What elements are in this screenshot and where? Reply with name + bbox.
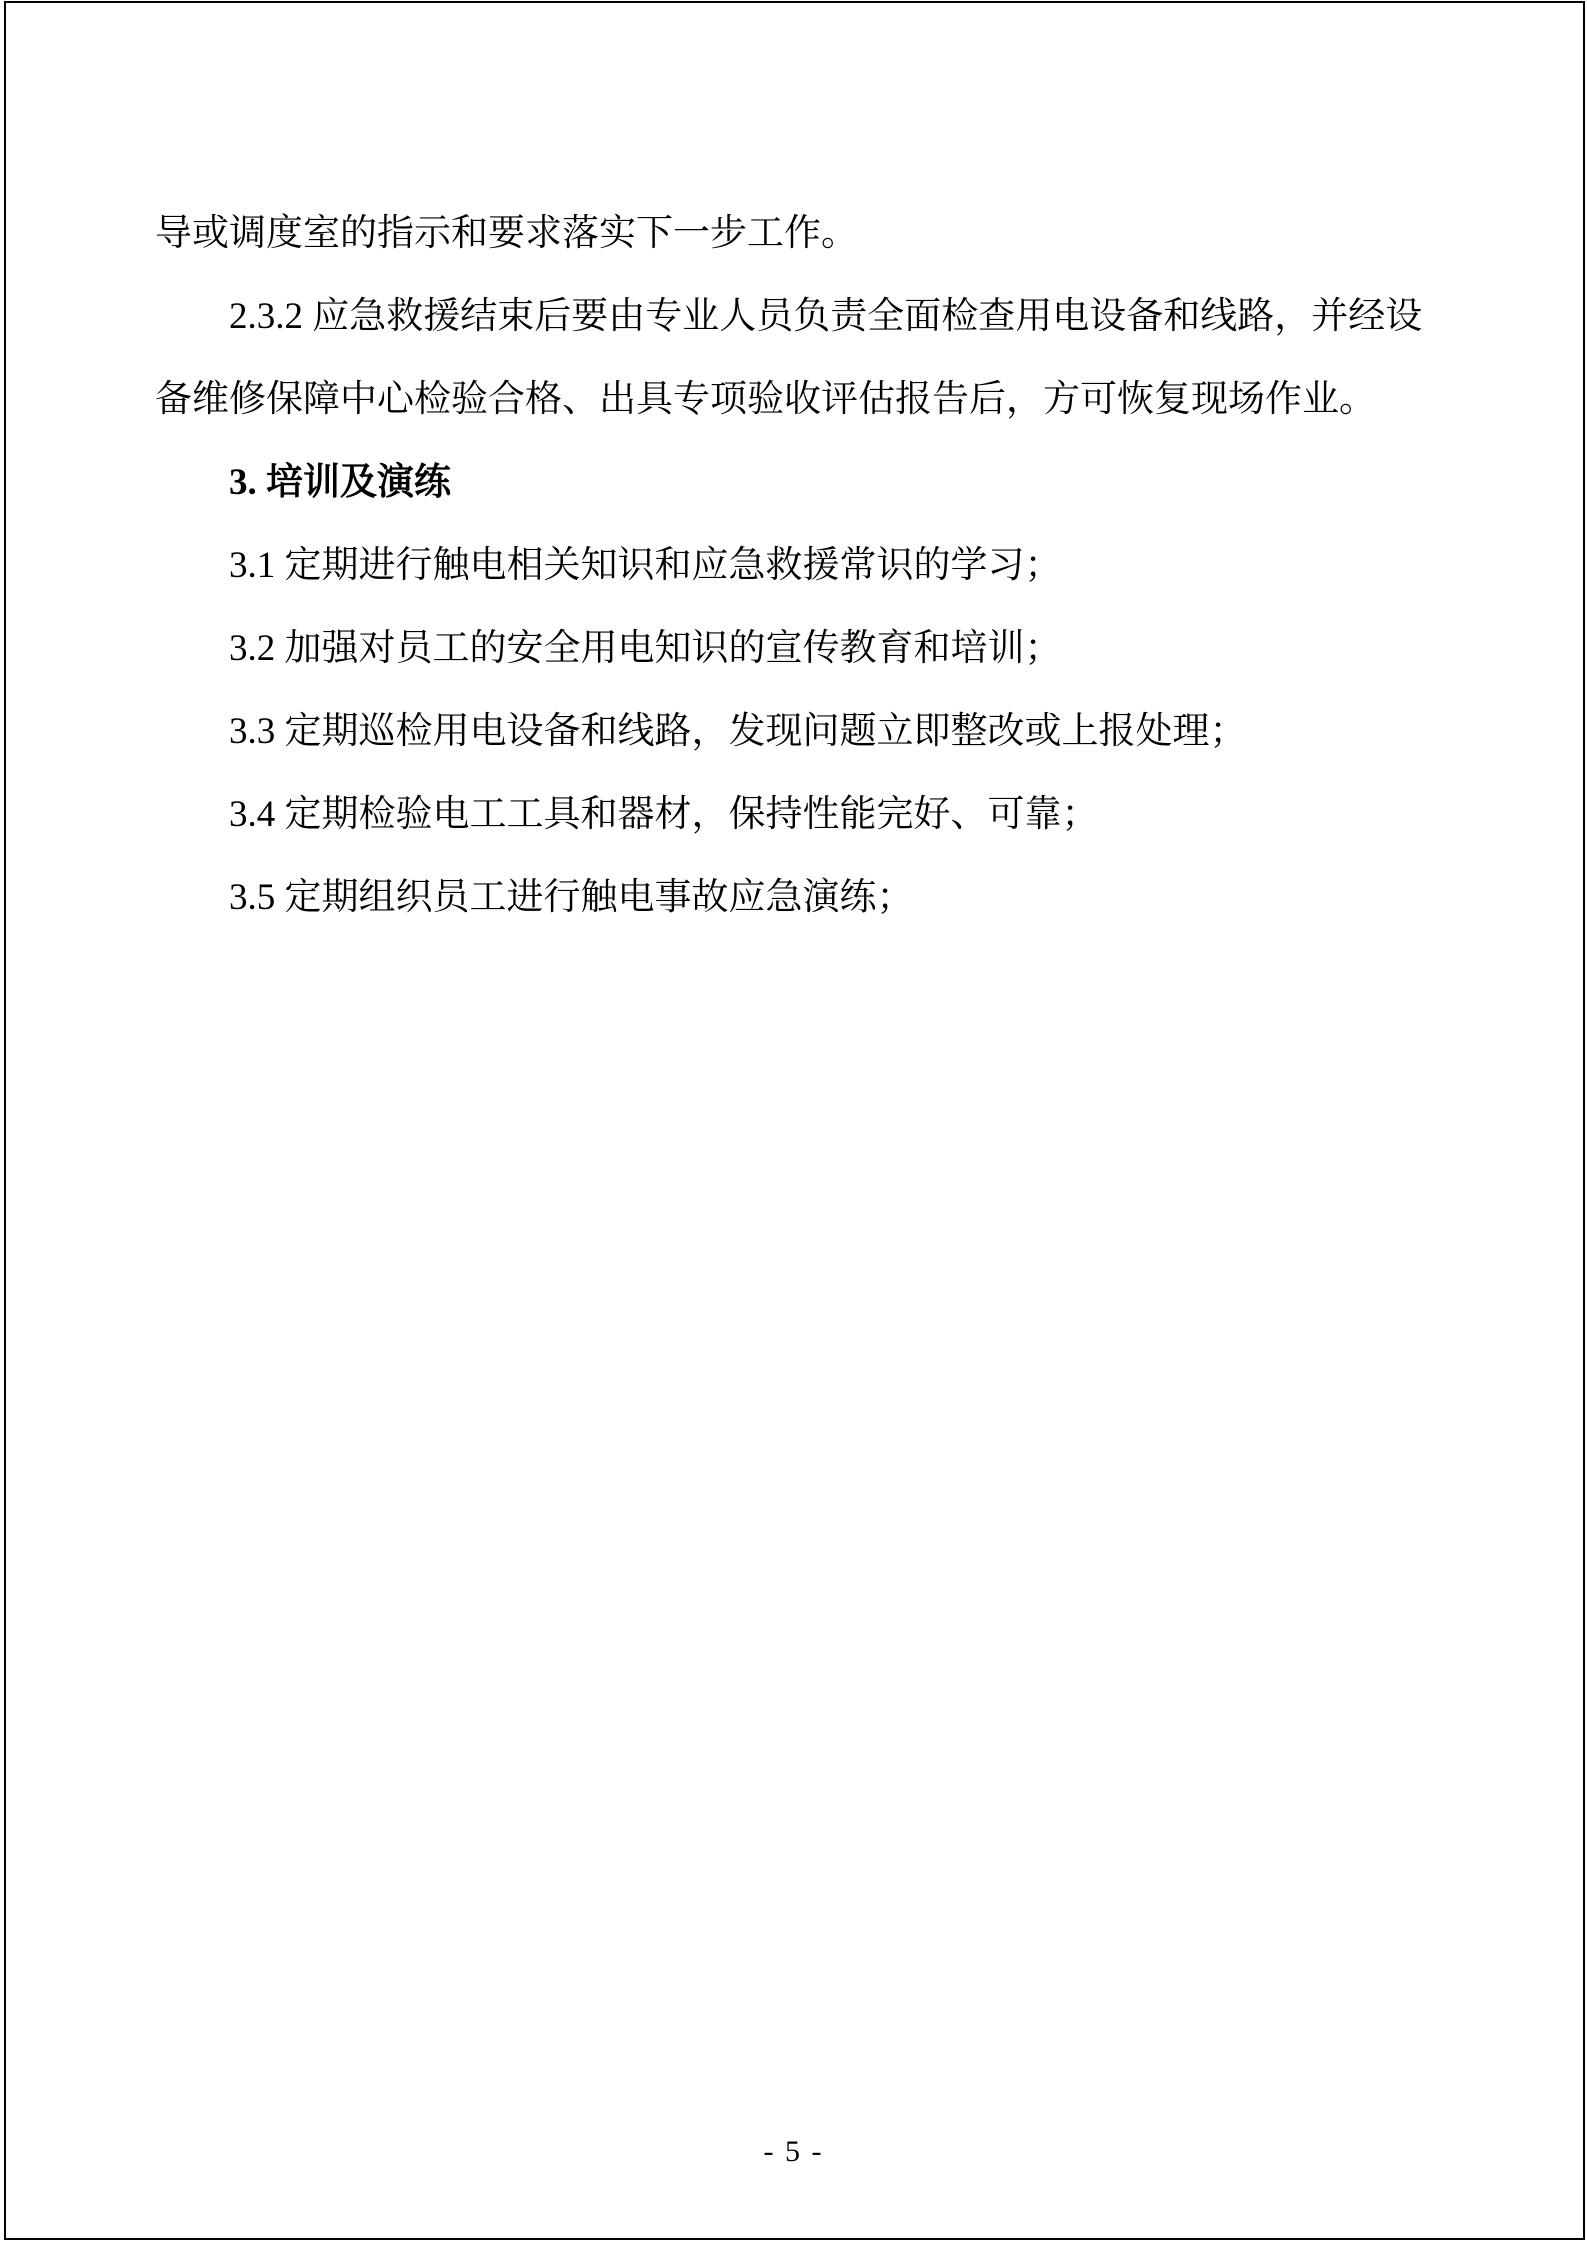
list-item-line: 3.2 加强对员工的安全用电知识的宣传教育和培训； [155,607,1440,690]
document-page: { "colors": { "background": "#ffffff", "… [0,0,1587,2245]
paragraph-continuation-line: 导或调度室的指示和要求落实下一步工作。 [155,192,1440,275]
list-item-line: 3.3 定期巡检用电设备和线路，发现问题立即整改或上报处理； [155,690,1440,773]
paragraph-line: 2.3.2 应急救援结束后要由专业人员负责全面检查用电设备和线路，并经设 [155,275,1440,358]
document-body: 导或调度室的指示和要求落实下一步工作。2.3.2 应急救援结束后要由专业人员负责… [155,192,1440,939]
heading-line: 3. 培训及演练 [155,441,1440,524]
list-item-line: 3.5 定期组织员工进行触电事故应急演练； [155,856,1440,939]
page-footer: - 5 - [0,2132,1587,2172]
list-item-line: 3.1 定期进行触电相关知识和应急救援常识的学习； [155,524,1440,607]
list-item-line: 3.4 定期检验电工工具和器材，保持性能完好、可靠； [155,773,1440,856]
page-number: - 5 - [764,2135,824,2168]
paragraph-line: 备维修保障中心检验合格、出具专项验收评估报告后，方可恢复现场作业。 [155,358,1440,441]
